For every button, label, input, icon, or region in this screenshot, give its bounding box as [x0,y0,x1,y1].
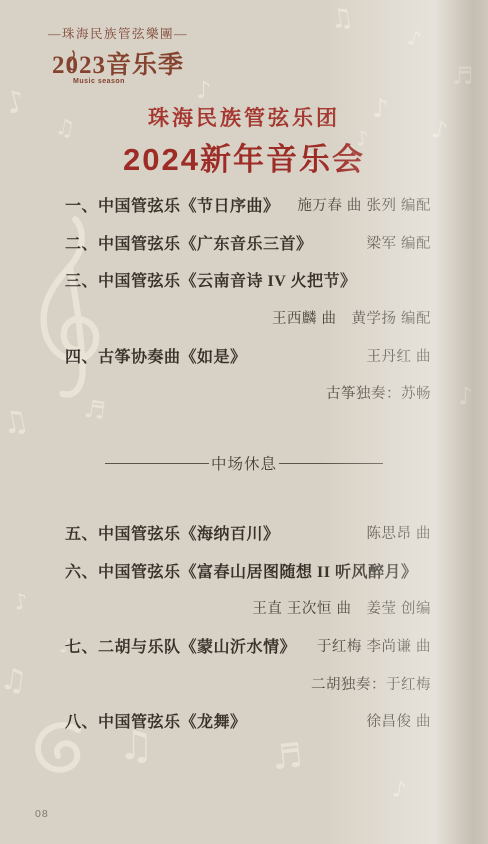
program-row: 一、中国管弦乐《节日序曲》 施万春 曲 张列 编配 [65,186,431,224]
note-zero: 0 [65,52,79,80]
intermission-label: 中场休息 [209,452,279,474]
piece-title: 七、二胡与乐队《蒙山沂水情》 [65,634,296,657]
program-row: 五、中国管弦乐《海纳百川》 陈思昂 曲 [65,514,431,552]
headline: 珠海民族管弦乐团 2024新年音乐会 [0,102,488,179]
piece-credit: 王丹红 曲 [366,345,431,366]
piece-credit: 施万春 曲 张列 编配 [297,194,431,215]
program-row: 八、中国管弦乐《龙舞》 徐昌俊 曲 [65,702,431,740]
piece-title: 二、中国管弦乐《广东音乐三首》 [65,231,313,254]
piece-title: 八、中国管弦乐《龙舞》 [65,709,247,732]
year-digit: 2 [52,52,66,79]
piece-credit: 王直 王次恒 曲 姜莹 创编 [252,597,431,618]
music-note-icon: ♪ [458,384,473,408]
music-note-icon: ♬ [270,738,304,775]
piece-title: 三、中国管弦乐《云南音诗 IV 火把节》 [65,268,357,291]
program-row: 四、古筝协奏曲《如是》 王丹红 曲 [65,336,431,374]
piece-credit: 于红梅 李尚谦 曲 [317,635,431,656]
piece-credit: 二胡独奏：于红梅 [311,673,431,694]
piece-credit: 徐昌俊 曲 [366,710,431,731]
program-row: 三、中国管弦乐《云南音诗 IV 火把节》 [65,261,431,299]
season-year-row: 2023音乐季 [34,45,202,81]
program-row: 二、中国管弦乐《广东音乐三首》 梁军 编配 [65,224,431,262]
program-second-half: 五、中国管弦乐《海纳百川》 陈思昂 曲 六、中国管弦乐《富春山居图随想 II 听… [65,514,431,740]
program-row: 六、中国管弦乐《富春山居图随想 II 听风醉月》 [65,552,431,590]
concert-title: 2024新年音乐会 [0,134,488,179]
orchestra-name: 珠海民族管弦乐团 [0,102,488,132]
piece-title: 四、古筝协奏曲《如是》 [65,344,247,367]
music-note-icon: ♪ [12,591,30,615]
piece-credit: 梁军 编配 [366,232,431,253]
piece-title: 六、中国管弦乐《富春山居图随想 II 听风醉月》 [65,559,417,582]
music-note-icon: ♪ [390,779,408,803]
year-digit: 23 [79,52,106,79]
piece-credit: 古筝独奏：苏畅 [326,382,431,403]
intermission-line-right [279,463,383,464]
season-word: 音乐季 [106,52,184,79]
music-note-icon: ♫ [0,664,29,697]
intermission-line-left [105,463,209,464]
piece-credit: 王西麟 曲 黄学扬 编配 [272,307,431,328]
program-first-half: 一、中国管弦乐《节日序曲》 施万春 曲 张列 编配 二、中国管弦乐《广东音乐三首… [65,186,431,412]
music-note-icon: ♫ [328,4,355,34]
music-note-icon: ♪ [406,27,424,50]
season-logo: —珠海民族管弦樂團— 2023音乐季 Music season [34,24,202,85]
piece-credit: 陈思昂 曲 [366,522,431,543]
piece-title: 一、中国管弦乐《节日序曲》 [65,193,280,216]
orchestra-name-traditional: —珠海民族管弦樂團— [34,24,202,42]
program-page: ♪ ♫ ♪ ♫ ♪ ♬ ♪ ♪ ♪ ♫ ♫ ♬ ♪ ♪ ♫ ♬ ♪ ♫ ♪ —珠… [0,0,488,844]
music-note-icon: ♬ [452,64,474,88]
program-row: 王直 王次恒 曲 姜莹 创编 [65,589,431,627]
program-row: 二胡独奏：于红梅 [65,664,431,702]
piece-title: 五、中国管弦乐《海纳百川》 [65,521,280,544]
treble-clef-icon [66,50,78,72]
music-note-icon: ♫ [0,406,32,441]
program-row: 七、二胡与乐队《蒙山沂水情》 于红梅 李尚谦 曲 [65,627,431,665]
intermission: 中场休息 [105,452,383,474]
page-number: 08 [35,808,49,820]
program-row: 古筝独奏：苏畅 [65,374,431,412]
program-row: 王西麟 曲 黄学扬 编配 [65,299,431,337]
